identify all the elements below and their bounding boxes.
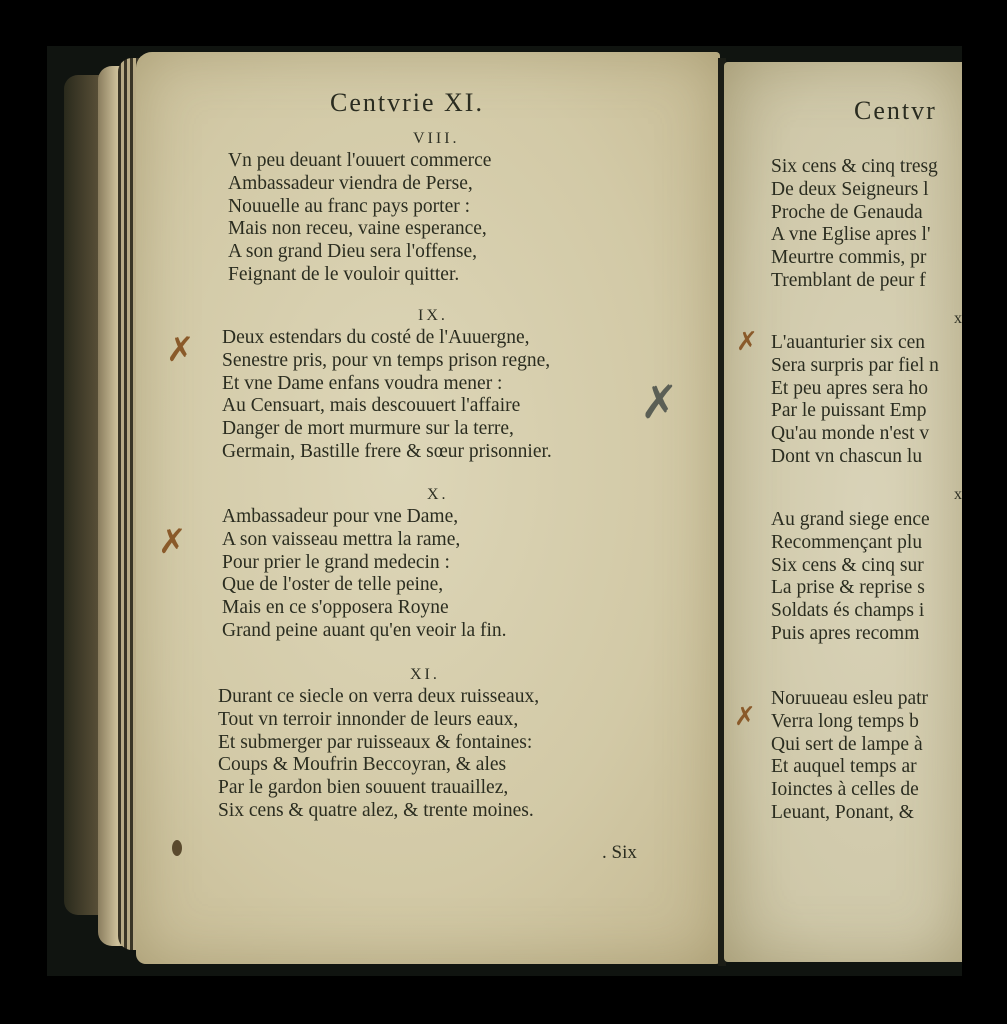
verse-line: Feignant de le vouloir quitter. — [228, 264, 491, 287]
verse-line: Qui sert de lampe à — [771, 734, 928, 757]
verse-line: Et peu apres sera ho — [771, 378, 939, 401]
running-head-text: Centvr — [854, 96, 937, 125]
verse-line: Germain, Bastille frere & sœur prisonnie… — [222, 441, 552, 464]
quatrain-xi: Durant ce siecle on verra deux ruisseaux… — [218, 686, 539, 823]
catchword: . Six — [602, 842, 637, 864]
verse-line: Danger de mort murmure sur la terre, — [222, 418, 552, 441]
quatrain: L'auanturier six cen Sera surpris par fi… — [771, 332, 939, 469]
verse-line: Proche de Genauda — [771, 202, 938, 225]
quatrain: Noruueau esleu patr Verra long temps b Q… — [771, 688, 928, 825]
verse-line: Mais en ce s'opposera Royne — [222, 597, 507, 620]
verse-line: Six cens & quatre alez, & trente moines. — [218, 800, 539, 823]
verse-line: Soldats és champs i — [771, 600, 930, 623]
verse-line: Ioinctes à celles de — [771, 779, 928, 802]
verse-line: Vn peu deuant l'ouuert commerce — [228, 150, 491, 173]
verse-line: Tout vn terroir innonder de leurs eaux, — [218, 709, 539, 732]
verse-line: Ambassadeur pour vne Dame, — [222, 506, 507, 529]
verse-line: Et auquel temps ar — [771, 756, 928, 779]
verse-line: Et submerger par ruisseaux & fontaines: — [218, 732, 539, 755]
verse-line: A son grand Dieu sera l'offense, — [228, 241, 491, 264]
verse-line: De deux Seigneurs l — [771, 179, 938, 202]
verse-line: Au Censuart, mais descouuert l'affaire — [222, 395, 552, 418]
margin-annotation-cross: ✗ — [736, 327, 758, 357]
verse-line: Durant ce siecle on verra deux ruisseaux… — [218, 686, 539, 709]
quatrain: Six cens & cinq tresg De deux Seigneurs … — [771, 156, 938, 293]
margin-annotation-cross: ✗ — [734, 702, 756, 732]
verse-line: Nouuelle au franc pays porter : — [228, 196, 491, 219]
verse-line: Ambassadeur viendra de Perse, — [228, 173, 491, 196]
margin-annotation-cross: ✗ — [640, 375, 679, 429]
quatrain-number: x — [954, 310, 962, 328]
quatrain-number: XI. — [410, 666, 440, 684]
verse-line: Dont vn chascun lu — [771, 446, 939, 469]
verse-line: Qu'au monde n'est v — [771, 423, 939, 446]
quatrain-number: IX. — [418, 307, 448, 325]
quatrain-number: X. — [427, 486, 449, 504]
verse-line: Verra long temps b — [771, 711, 928, 734]
verse-line: Recommençant plu — [771, 532, 930, 555]
margin-annotation-cross: ✗ — [158, 522, 187, 562]
quatrain-number: VIII. — [413, 130, 460, 148]
quatrain-x: Ambassadeur pour vne Dame, A son vaissea… — [222, 506, 507, 643]
verse-line: Sera surpris par fiel n — [771, 355, 939, 378]
quatrain-ix: Deux estendars du costé de l'Auuergne, S… — [222, 327, 552, 464]
quatrain: Au grand siege ence Recommençant plu Six… — [771, 509, 930, 646]
right-running-head: Centvr — [854, 96, 937, 126]
verse-line: Mais non receu, vaine esperance, — [228, 218, 491, 241]
verse-line: Par le puissant Emp — [771, 400, 939, 423]
verse-line: La prise & reprise s — [771, 577, 930, 600]
left-running-head: Centvrie XI. — [330, 88, 484, 118]
verse-line: A vne Eglise apres l' — [771, 224, 938, 247]
verse-line: Par le gardon bien souuent trauaillez, — [218, 777, 539, 800]
verse-line: Coups & Moufrin Beccoyran, & ales — [218, 754, 539, 777]
quatrain-viii: Vn peu deuant l'ouuert commerce Ambassad… — [228, 150, 491, 287]
verse-line: Six cens & cinq tresg — [771, 156, 938, 179]
verse-line: A son vaisseau mettra la rame, — [222, 529, 507, 552]
right-page-content: Centvr Six cens & cinq tresg De deux Sei… — [724, 62, 962, 962]
verse-line: Senestre pris, pour vn temps prison regn… — [222, 350, 552, 373]
ink-blot — [172, 840, 182, 856]
verse-line: L'auanturier six cen — [771, 332, 939, 355]
verse-line: Puis apres recomm — [771, 623, 930, 646]
running-head-text: Centvrie XI. — [330, 88, 484, 117]
verse-line: Leuant, Ponant, & — [771, 802, 928, 825]
verse-line: Deux estendars du costé de l'Auuergne, — [222, 327, 552, 350]
verse-line: Tremblant de peur f — [771, 270, 938, 293]
verse-line: Six cens & cinq sur — [771, 555, 930, 578]
verse-line: Grand peine auant qu'en veoir la fin. — [222, 620, 507, 643]
verse-line: Pour prier le grand medecin : — [222, 552, 507, 575]
quatrain-number: x — [954, 486, 962, 504]
verse-line: Noruueau esleu patr — [771, 688, 928, 711]
verse-line: Que de l'oster de telle peine, — [222, 574, 507, 597]
verse-line: Et vne Dame enfans voudra mener : — [222, 373, 552, 396]
verse-line: Au grand siege ence — [771, 509, 930, 532]
margin-annotation-cross: ✗ — [166, 330, 195, 370]
verse-line: Meurtre commis, pr — [771, 247, 938, 270]
